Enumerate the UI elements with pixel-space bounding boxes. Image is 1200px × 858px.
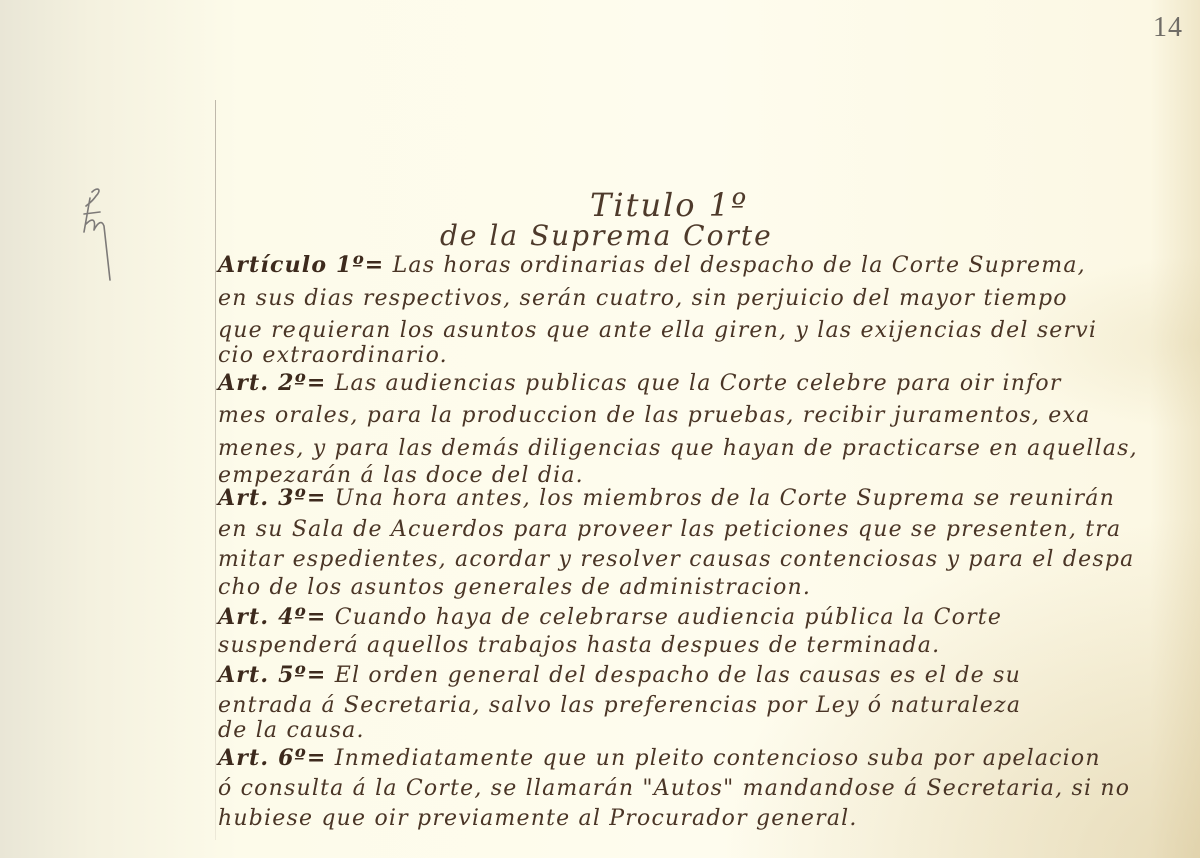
article-text: El orden general del despacho de las cau… bbox=[335, 663, 1021, 688]
article-text: Inmediatamente que un pleito contencioso… bbox=[335, 746, 1101, 771]
article-4-line-2: suspenderá aquellos trabajos hasta despu… bbox=[218, 633, 940, 658]
article-label: Art. 4º= bbox=[218, 604, 326, 630]
article-5-line-2: entrada á Secretaria, salvo las preferen… bbox=[218, 693, 1021, 718]
article-1-line-3: que requieran los asuntos que ante ella … bbox=[218, 318, 1097, 343]
article-text: Una hora antes, los miembros de la Corte… bbox=[335, 486, 1115, 511]
article-2-line-1: Art. 2º= Las audiencias publicas que la … bbox=[218, 370, 1062, 396]
article-text: Las horas ordinarias del despacho de la … bbox=[393, 253, 1086, 278]
article-label: Art. 6º= bbox=[218, 745, 326, 771]
article-2-line-2: mes orales, para la produccion de las pr… bbox=[218, 403, 1090, 428]
article-label: Art. 5º= bbox=[218, 662, 326, 688]
article-5-line-1: Art. 5º= El orden general del despacho d… bbox=[218, 662, 1021, 688]
article-5-line-3: de la causa. bbox=[218, 718, 365, 743]
article-1-line-4: cio extraordinario. bbox=[218, 343, 448, 368]
article-label: Art. 3º= bbox=[218, 485, 326, 511]
article-text: Las audiencias publicas que la Corte cel… bbox=[335, 371, 1062, 396]
article-6-line-3: hubiese que oir previamente al Procurado… bbox=[218, 806, 858, 831]
article-2-line-3: menes, y para las demás diligencias que … bbox=[218, 436, 1138, 461]
margin-pencil-note bbox=[78, 184, 118, 284]
article-6-line-2: ó consulta á la Corte, se llamarán "Auto… bbox=[218, 776, 1130, 801]
pencil-mark-icon bbox=[78, 184, 118, 284]
article-label: Artículo 1º= bbox=[218, 252, 384, 278]
article-label: Art. 2º= bbox=[218, 370, 326, 396]
article-3-line-2: en su Sala de Acuerdos para proveer las … bbox=[218, 517, 1121, 542]
section-subtitle: de la Suprema Corte bbox=[440, 219, 773, 252]
margin-rule bbox=[215, 100, 216, 840]
article-3-line-3: mitar espedientes, acordar y resolver ca… bbox=[218, 547, 1134, 572]
article-1-line-1: Artículo 1º= Las horas ordinarias del de… bbox=[218, 252, 1086, 278]
article-1-line-2: en sus dias respectivos, serán cuatro, s… bbox=[218, 286, 1068, 311]
article-3-line-1: Art. 3º= Una hora antes, los miembros de… bbox=[218, 485, 1115, 511]
article-text: Cuando haya de celebrarse audiencia públ… bbox=[335, 605, 1002, 630]
page-number: 14 bbox=[1153, 12, 1183, 44]
article-6-line-1: Art. 6º= Inmediatamente que un pleito co… bbox=[218, 745, 1101, 771]
article-3-line-4: cho de los asuntos generales de administ… bbox=[218, 575, 811, 600]
article-4-line-1: Art. 4º= Cuando haya de celebrarse audie… bbox=[218, 604, 1002, 630]
